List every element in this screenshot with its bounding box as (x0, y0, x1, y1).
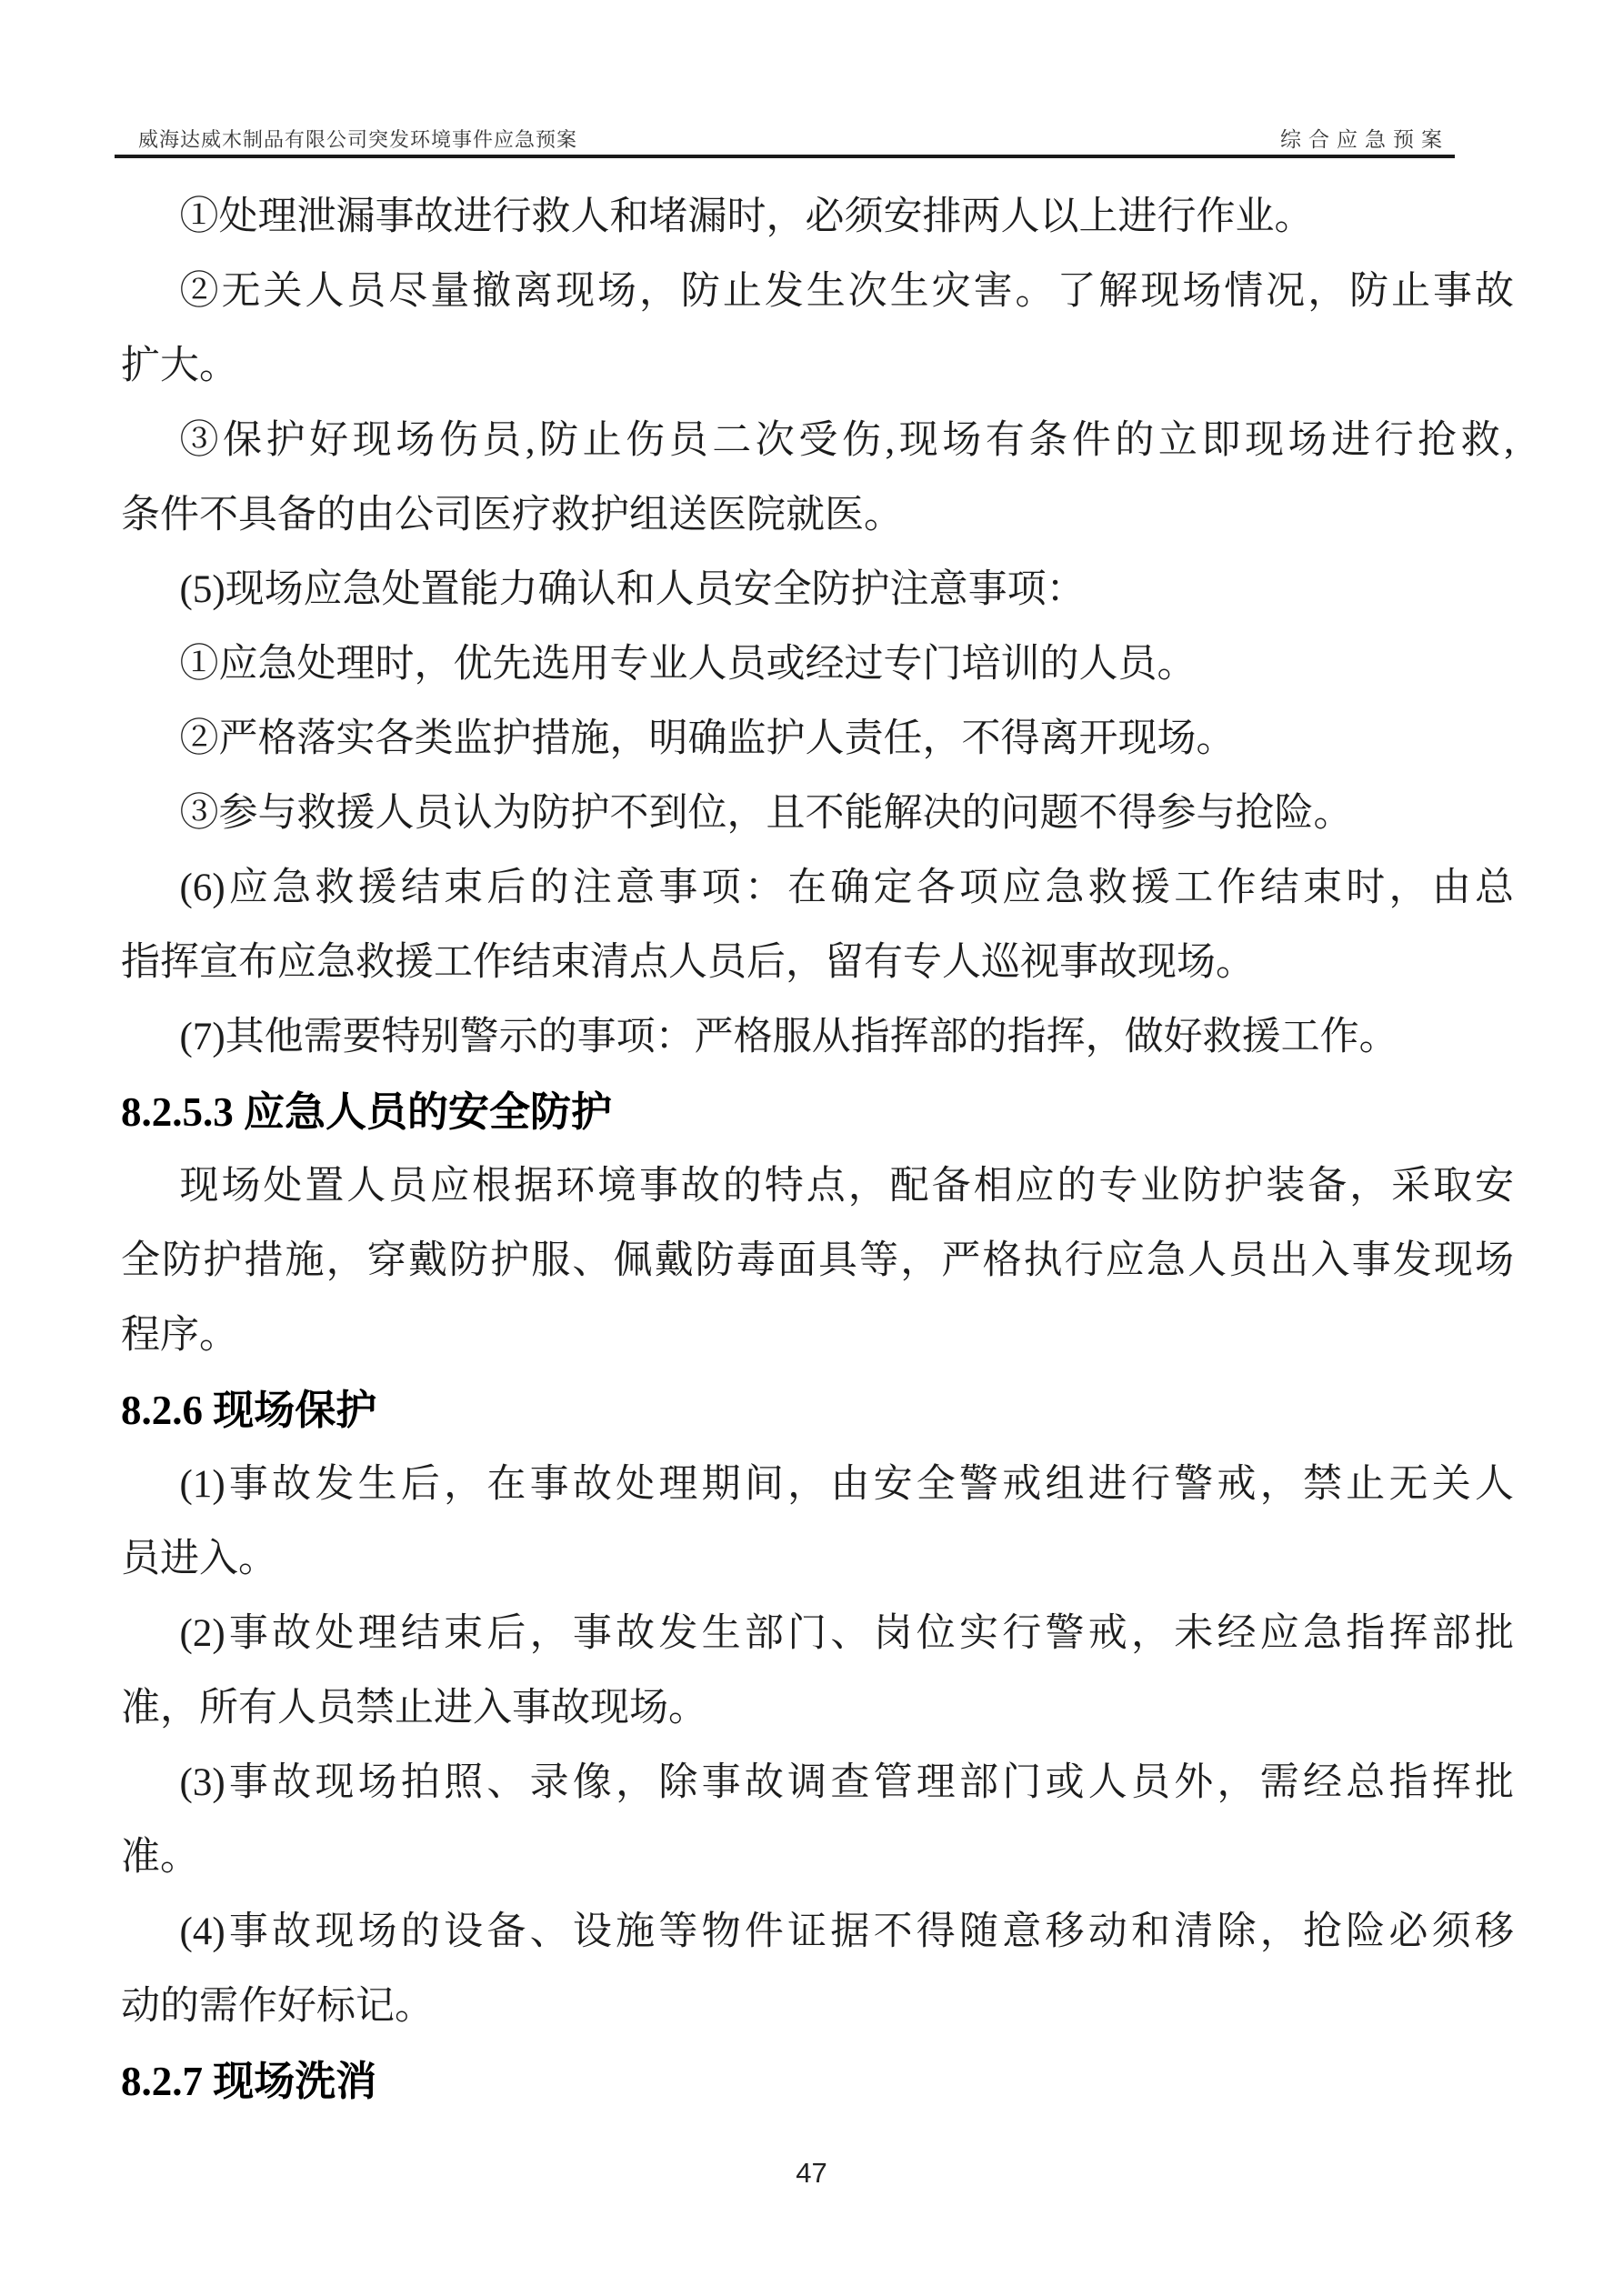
section-heading-8-2-7: 8.2.7 现场洗消 (121, 2044, 1514, 2119)
body-line: (4)事故现场的设备、设施等物件证据不得随意移动和清除，抢险必须移 (121, 1895, 1514, 1970)
document-body: ①处理泄漏事故进行救人和堵漏时，必须安排两人以上进行作业。 ②无关人员尽量撤离现… (121, 180, 1514, 2119)
body-line: ③保护好现场伤员,防止伤员二次受伤,现场有条件的立即现场进行抢救, (121, 404, 1514, 478)
header-left-title: 威海达威木制品有限公司突发环境事件应急预案 (138, 125, 577, 153)
page-header: 威海达威木制品有限公司突发环境事件应急预案 综合应急预案 (115, 116, 1455, 153)
page-number: 47 (796, 2157, 827, 2190)
body-line: 准。 (121, 1820, 1514, 1895)
header-right-title: 综合应急预案 (1280, 123, 1449, 153)
document-page: 威海达威木制品有限公司突发环境事件应急预案 综合应急预案 ①处理泄漏事故进行救人… (0, 0, 1623, 2296)
body-line: (6)应急救援结束后的注意事项：在确定各项应急救援工作结束时，由总 (121, 851, 1514, 926)
body-line: (5)现场应急处置能力确认和人员安全防护注意事项： (121, 553, 1514, 627)
page-footer: 47 (0, 2157, 1623, 2190)
body-line: ①应急处理时，优先选用专业人员或经过专门培训的人员。 (121, 627, 1514, 702)
body-line: (7)其他需要特别警示的事项：严格服从指挥部的指挥，做好救援工作。 (121, 1000, 1514, 1075)
header-rule (115, 155, 1455, 158)
body-line: ③参与救援人员认为防护不到位，且不能解决的问题不得参与抢险。 (121, 777, 1514, 851)
section-heading-8-2-6: 8.2.6 现场保护 (121, 1373, 1514, 1448)
body-line: 扩大。 (121, 329, 1514, 404)
body-line: (2)事故处理结束后，事故发生部门、岗位实行警戒，未经应急指挥部批 (121, 1597, 1514, 1671)
body-line: 现场处置人员应根据环境事故的特点，配备相应的专业防护装备，采取安 (121, 1149, 1514, 1224)
body-line: (1)事故发生后，在事故处理期间，由安全警戒组进行警戒，禁止无关人 (121, 1448, 1514, 1522)
body-line: 准，所有人员禁止进入事故现场。 (121, 1671, 1514, 1746)
body-line: (3)事故现场拍照、录像，除事故调查管理部门或人员外，需经总指挥批 (121, 1746, 1514, 1820)
body-line: 指挥宣布应急救援工作结束清点人员后，留有专人巡视事故现场。 (121, 926, 1514, 1000)
body-line: 条件不具备的由公司医疗救护组送医院就医。 (121, 478, 1514, 553)
body-line: ②无关人员尽量撤离现场，防止发生次生灾害。了解现场情况，防止事故 (121, 255, 1514, 329)
body-line: 程序。 (121, 1298, 1514, 1373)
section-heading-8-2-5-3: 8.2.5.3 应急人员的安全防护 (121, 1075, 1514, 1149)
body-line: 全防护措施，穿戴防护服、佩戴防毒面具等，严格执行应急人员出入事发现场 (121, 1224, 1514, 1298)
body-line: ①处理泄漏事故进行救人和堵漏时，必须安排两人以上进行作业。 (121, 180, 1514, 255)
body-line: 动的需作好标记。 (121, 1970, 1514, 2044)
body-line: ②严格落实各类监护措施，明确监护人责任，不得离开现场。 (121, 702, 1514, 777)
body-line: 员进入。 (121, 1522, 1514, 1597)
